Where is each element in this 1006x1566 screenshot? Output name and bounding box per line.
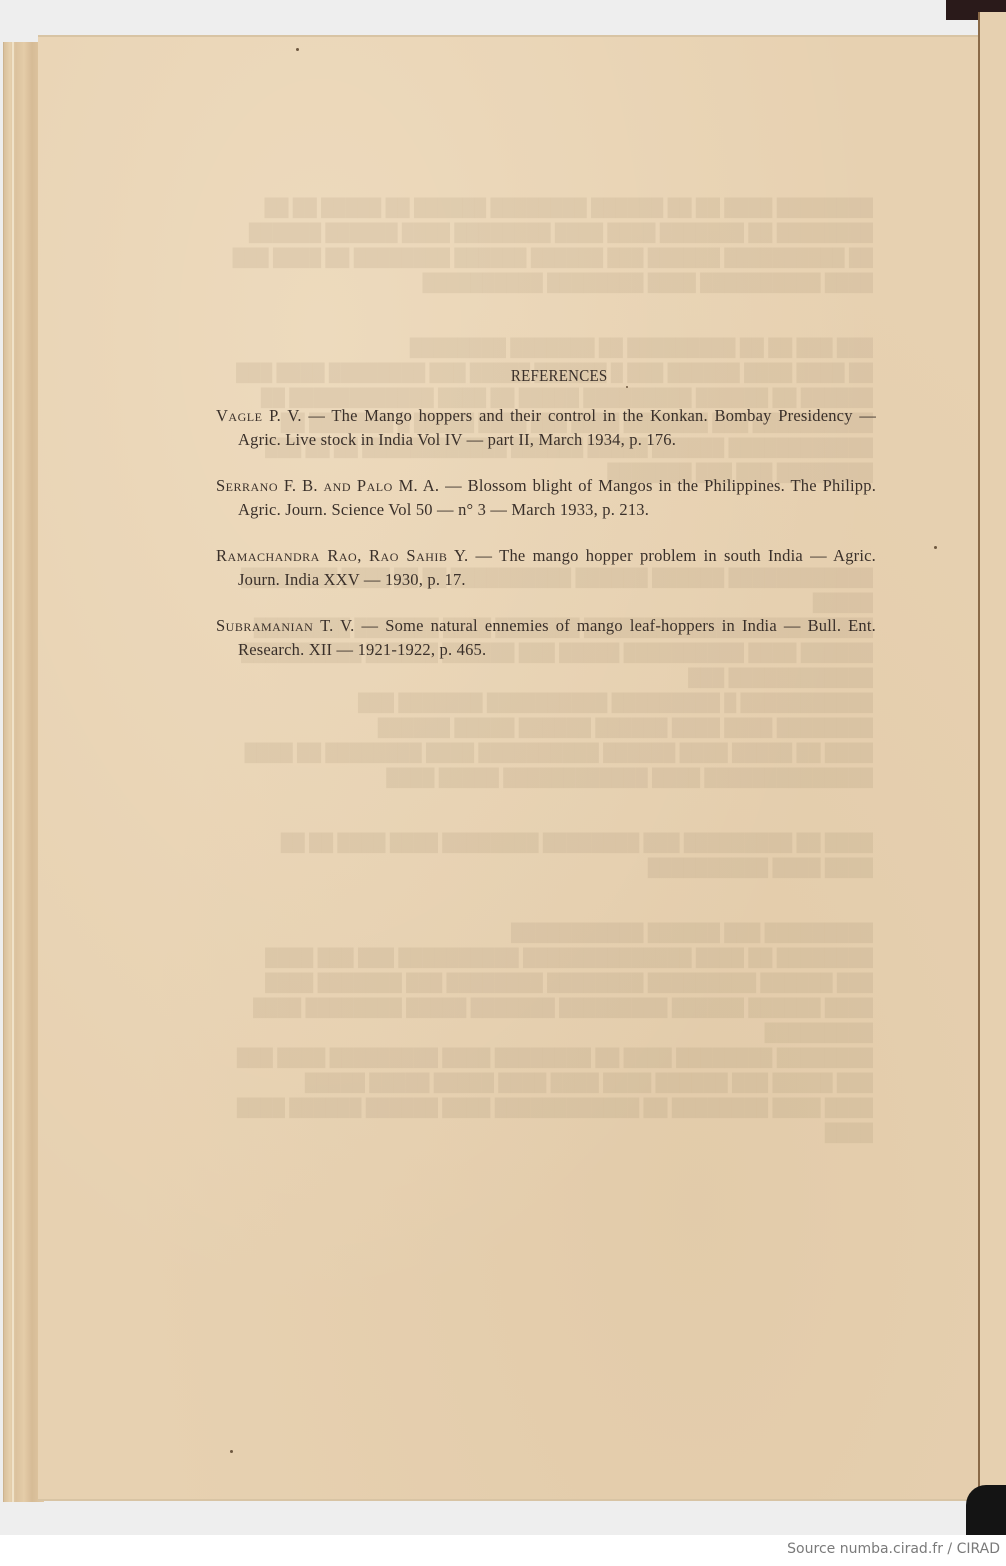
- reference-author: Subramanian: [216, 616, 313, 635]
- paper-page: [38, 35, 978, 1501]
- reference-conjunction: and: [324, 476, 352, 495]
- reference-author-initials: Y.: [447, 546, 468, 565]
- reference-author: Rao Sahib: [369, 546, 447, 565]
- reference-entry: Subramanian T. V. — Some natural ennemie…: [216, 614, 876, 662]
- reference-author: Vagle: [216, 406, 262, 425]
- references-section: REFERENCES Vagle P. V. — The Mango hoppe…: [216, 366, 876, 684]
- reference-text: — The Mango hoppers and their control in…: [238, 406, 876, 449]
- reference-author: Serrano: [216, 476, 278, 495]
- reference-author-initials: T. V.: [313, 616, 354, 635]
- paper-speck: [230, 1450, 233, 1453]
- paper-speck: [296, 48, 299, 51]
- reference-entry: Ramachandra Rao, Rao Sahib Y. — The mang…: [216, 544, 876, 592]
- reference-entry: Serrano F. B. and Palo M. A. — Blossom b…: [216, 474, 876, 522]
- reference-author: Palo: [357, 476, 393, 495]
- paper-speck: [934, 546, 937, 549]
- binder-edge-bottom: [966, 1485, 1006, 1535]
- source-credit: Source numba.cirad.fr / CIRAD: [787, 1541, 1000, 1557]
- reference-author-initials: M. A.: [393, 476, 439, 495]
- reference-entry: Vagle P. V. — The Mango hoppers and thei…: [216, 404, 876, 452]
- reference-author-initials: F. B.: [278, 476, 324, 495]
- scanned-page-image: ████████ ████ ██ ██ ██████ ████████ ████…: [0, 0, 1006, 1535]
- reference-author: Ramachandra Rao,: [216, 546, 362, 565]
- references-heading: REFERENCES: [256, 366, 837, 386]
- next-page-edge: [978, 12, 1006, 1502]
- reference-author-initials: P. V.: [269, 406, 302, 425]
